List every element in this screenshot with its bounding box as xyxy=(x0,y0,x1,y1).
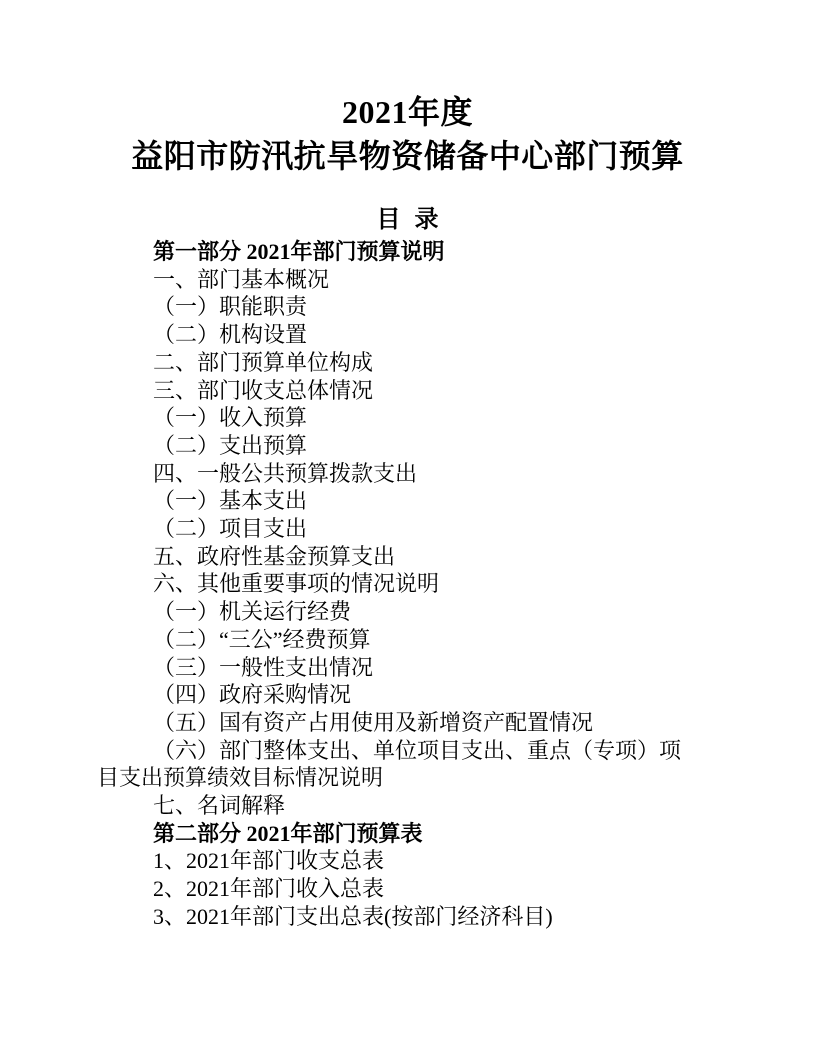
toc-entry-17: （四）政府采购情况 xyxy=(97,681,692,709)
toc-entry-22: 1、2021年部门收支总表 xyxy=(97,847,692,875)
toc-entry-7: （一）收入预算 xyxy=(97,404,692,432)
toc-entry-23: 2、2021年部门收入总表 xyxy=(97,875,692,903)
toc-entry-4: （二）机构设置 xyxy=(97,321,692,349)
toc-entry-11: （二）项目支出 xyxy=(97,515,692,543)
toc-entry-13: 六、其他重要事项的情况说明 xyxy=(97,570,692,598)
toc-entry-14: （一）机关运行经费 xyxy=(97,598,692,626)
toc-entry-1: 第一部分 2021年部门预算说明 xyxy=(97,238,692,266)
toc-entry-9: 四、一般公共预算拨款支出 xyxy=(97,460,692,488)
toc-entry-10: （一）基本支出 xyxy=(97,487,692,515)
toc-list: 第一部分 2021年部门预算说明一、部门基本概况（一）职能职责（二）机构设置二、… xyxy=(97,238,692,931)
toc-entry-3: （一）职能职责 xyxy=(97,293,692,321)
toc-entry-8: （二）支出预算 xyxy=(97,432,692,460)
document-page: 2021年度 益阳市防汛抗旱物资储备中心部门预算 目 录 第一部分 2021年部… xyxy=(0,0,815,1055)
toc-entry-12: 五、政府性基金预算支出 xyxy=(97,543,692,571)
toc-heading: 目 录 xyxy=(0,205,815,235)
toc-entry-24: 3、2021年部门支出总表(按部门经济科目) xyxy=(97,903,692,931)
toc-entry-2: 一、部门基本概况 xyxy=(97,266,692,294)
title-department-line: 益阳市防汛抗旱物资储备中心部门预算 xyxy=(0,134,815,178)
toc-entry-15: （二）“三公”经费预算 xyxy=(97,626,692,654)
toc-entry-18: （五）国有资产占用使用及新增资产配置情况 xyxy=(97,709,692,737)
toc-entry-20: 七、名词解释 xyxy=(97,792,692,820)
toc-entry-21: 第二部分 2021年部门预算表 xyxy=(97,820,692,848)
toc-entry-6: 三、部门收支总体情况 xyxy=(97,377,692,405)
toc-entry-16: （三）一般性支出情况 xyxy=(97,654,692,682)
title-year-line: 2021年度 xyxy=(0,90,815,134)
toc-entry-19: （六）部门整体支出、单位项目支出、重点（专项）项目支出预算绩效目标情况说明 xyxy=(97,737,692,792)
toc-entry-5: 二、部门预算单位构成 xyxy=(97,349,692,377)
document-title: 2021年度 益阳市防汛抗旱物资储备中心部门预算 xyxy=(0,0,815,178)
